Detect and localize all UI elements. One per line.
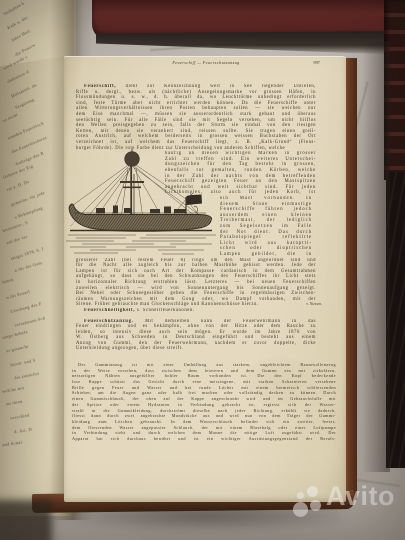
running-head: Feuerschiff — Feuerschutzanzug <box>122 60 290 65</box>
text-line: zum Segelsetzen im Falle <box>220 224 312 230</box>
text-line: e Bekämpfung <box>14 205 43 220</box>
text-line: die zunächst <box>14 371 40 381</box>
text-line: lose Kappe schützt das Gesicht durch ein… <box>72 379 336 385</box>
text-line: verzeichnet ist, auf welchem das Feuersc… <box>76 140 316 146</box>
text-line: Löschung des F <box>10 301 42 314</box>
text-line: an ihren <box>6 399 23 407</box>
text-line: Bei Nebel oder Schneegestöber geben die … <box>76 291 316 297</box>
article-feuerschutzanzug: Feuerschutzanzug. Mit demselben kann der… <box>76 319 316 353</box>
article-lead-word: Feuerschutzanzug. <box>84 319 134 324</box>
text-line: dem Eise manchmal —, müssen sie ausseror… <box>76 112 316 118</box>
article-lead-word: Feuerschiff, <box>84 84 116 89</box>
lightship-engraving-illustration <box>66 147 220 259</box>
avito-logo-dot <box>310 500 321 511</box>
text-line: der Spritze oder einem Hydranten in Verb… <box>72 402 336 408</box>
text-line: Apparat hat sich durchaus bewährt und is… <box>72 436 336 442</box>
text-line: Feuerschiffe führen jedoch <box>220 207 312 213</box>
shelf-shadow <box>96 31 405 55</box>
text-line: den Wellen preisgegeben zu sein, falls d… <box>76 123 316 129</box>
text-line: er getaucht <box>6 344 29 354</box>
text-line: Der Gummianzug ist mit einer Umhüllung a… <box>72 362 336 368</box>
page-number: 997 <box>290 60 320 65</box>
text-line: einen Gummischlauch, der oben auf der Ka… <box>72 396 336 402</box>
photo-of-open-antique-book: Verhalten bKalk u. derJahre Heildie Feue… <box>0 0 405 540</box>
text-line: rhältnisse d <box>6 69 29 84</box>
text-line: Unterkleidung angezogen, über diese stre… <box>76 346 316 352</box>
text-line: Feuerschiff, dient zur Kennzeichnung wei… <box>76 84 316 90</box>
daymark-ball <box>125 152 140 167</box>
text-line: Hilfsmittl. da <box>10 82 37 99</box>
text-line: und Schäl <box>2 440 23 448</box>
text-line: kleidung zum Löschen gebraucht. In dem W… <box>72 419 336 425</box>
text-line: Flussmündungen u. s. w., d. h. überall d… <box>76 95 316 101</box>
text-line: Feuerschnelligkeit, s. Schnellfeuerkanon… <box>76 308 316 314</box>
text-line: Feuer eindringen und es bekämpfen, ohne … <box>76 324 316 330</box>
avito-logo-dot <box>293 502 308 517</box>
text-line: welche mit <box>2 385 25 394</box>
text-line: Parabolspiegel reflektirte <box>220 235 312 241</box>
dark-corner-shadow <box>0 500 52 540</box>
text-line: hinen. <box>2 276 16 284</box>
stern-flag <box>187 195 203 206</box>
article-feuerschiff-wrap-narrow: ein Mast vorhanden. Indiesem Sinne einma… <box>220 196 312 258</box>
text-line: verschied <box>10 413 30 421</box>
article-lead-word: Feuerschnelligkeit, <box>84 308 135 313</box>
article-feuerschiff-bottom: grösserer Zahl (bei festem Feuer 8) ring… <box>76 258 316 308</box>
avito-watermark: Avito <box>288 483 405 529</box>
small-print-paragraph: Der Gummianzug ist mit einer Umhüllung a… <box>72 362 336 442</box>
text-line: Vergütung <box>14 97 35 110</box>
text-line: Stroh- und S <box>10 357 36 367</box>
shadow-beside-books <box>362 42 390 472</box>
avito-logo-dot <box>307 486 318 497</box>
text-line: d. Art. D <box>14 426 33 434</box>
text-line: hornstein-, S <box>2 219 29 232</box>
text-line: rat a. D. De <box>6 179 30 192</box>
text-line: tango hebela <box>2 329 28 340</box>
text-line: in horizontaler Richtung erstrahlen läss… <box>76 280 316 286</box>
avito-logo-dot <box>297 492 304 499</box>
text-line: n für die Gem <box>14 260 43 273</box>
text-line: versehenen Sch <box>14 315 46 327</box>
text-line: so nicht <box>2 112 19 123</box>
text-line: auf die ver <box>6 234 29 246</box>
text-line: für die Nacht alle zugleich bis zur halb… <box>76 263 316 269</box>
avito-watermark-text: Avito <box>326 481 395 512</box>
text-line: Gebiete der Eig <box>2 163 34 179</box>
article-feuerschiff-top: Feuerschiff, dient zur Kennzeichnung wei… <box>76 84 316 151</box>
article-feuerschnelligkeit: Feuerschnelligkeit, s. Schnellfeuerkanon… <box>76 308 316 314</box>
book-right-page: Feuerschiff — Feuerschutzanzug 997 Feuer… <box>64 56 346 502</box>
text-line: ein Mast vorhanden. In <box>220 196 312 202</box>
author-signature: v. Niessen. <box>306 302 322 306</box>
text-line: tätigst 1878, 6. J <box>10 246 44 261</box>
text-line: n für Feuerl <box>6 288 31 299</box>
